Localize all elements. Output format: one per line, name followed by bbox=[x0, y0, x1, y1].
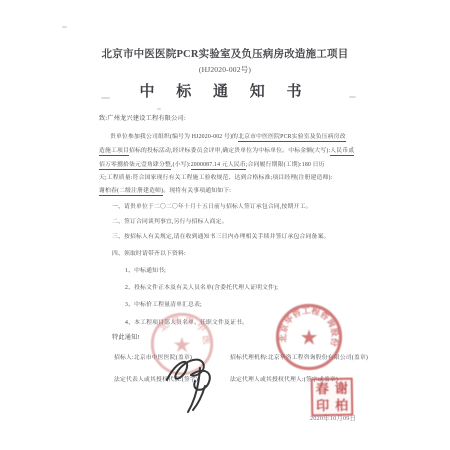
underlined-project-name: 造施工项目 bbox=[99, 148, 129, 156]
scan-speck bbox=[157, 108, 161, 110]
seal-char: 谢 bbox=[332, 380, 351, 397]
notice-item-4: 四、领取时请带齐以下资料: bbox=[112, 248, 186, 257]
body-line: 谢柏春(二级注册建造师)。现将有关事项通知如下: bbox=[99, 185, 371, 194]
personal-square-seal: 春 谢 印 柏 bbox=[311, 378, 354, 417]
project-number: (HJ2020-002号) bbox=[0, 64, 450, 75]
body-line: 造施工项目招标的投标活动,经评标委员会评审,确定贵单位为中标单位。中标金额(大写… bbox=[99, 145, 371, 154]
required-doc-2: 2、投标文件正本及有关人员名单(含委托代理人证明文件); bbox=[125, 282, 278, 291]
document-title: 中 标 通 知 书 bbox=[0, 80, 450, 101]
body-text: ,(小写): bbox=[171, 162, 191, 168]
underlined-amount: 佰万零捌拾柒元壹角肆分整 bbox=[99, 162, 171, 170]
body-text: 贵单位参加我公司组织(编号为 HJ2020-002 号)的 bbox=[110, 134, 238, 140]
handwritten-signature bbox=[160, 350, 222, 414]
underlined-manager-name: 谢柏春(二级注册建造师) bbox=[99, 188, 163, 196]
body-line: 天;工程质量:符合国家现行有关工程施工验收规范、达到合格标准;项目经理(注册建造… bbox=[99, 172, 371, 181]
body-line: 佰万零捌拾柒元壹角肆分整,(小写):2000087.14 元人民币;合同履行期限… bbox=[99, 159, 371, 168]
seal-char: 柏 bbox=[332, 397, 351, 414]
seal-char: 印 bbox=[313, 397, 332, 414]
body-line: 贵单位参加我公司组织(编号为 HJ2020-002 号)的北京市中医医院PCR实… bbox=[99, 131, 371, 140]
scanned-award-notice-document: 北京市中医医院PCR实验室及负压病房改造施工项目 (HJ2020-002号) 中… bbox=[0, 0, 450, 450]
notice-item-2: 二、签订合同谈判事宜,另行与招标人商定。 bbox=[112, 216, 228, 225]
seal-star-icon: ★ bbox=[300, 326, 319, 350]
scan-speck bbox=[62, 26, 67, 28]
underlined-amount: 人民币贰 bbox=[330, 148, 354, 156]
project-title: 北京市中医医院PCR实验室及负压病房改造施工项目 bbox=[0, 46, 450, 61]
salutation-line: 致:广州龙兴建设工程有限公司: bbox=[99, 113, 186, 122]
required-doc-1: 1、中标通知书; bbox=[125, 265, 166, 274]
body-text: 。现将有关事项通知如下: bbox=[163, 188, 231, 194]
seal-char: 春 bbox=[313, 380, 332, 397]
body-text: 招标的投标活动,经评标委员会评审,确定贵单位为中标单位。中标金额(大写): bbox=[129, 148, 330, 154]
closing-phrase: 特此通知! bbox=[112, 332, 140, 341]
notice-item-3: 三、按招标人有关规定,请在收到通知书三日内办理相关手续并签订承包合同备案。 bbox=[112, 231, 330, 240]
notice-item-1: 一、请贵单位于二〇二〇年十月十五日前与招标人签订承包合同,按期开工。 bbox=[112, 201, 312, 210]
agent-round-seal: 北京华咨工程咨询股份有限公司 ★ bbox=[274, 302, 344, 372]
body-text: 天;工程质量:符合国家现行有关工程施工验收规范、达到合格标准;项目经理(注册建造… bbox=[99, 175, 332, 181]
body-text: ;合同履行期限(工期):180 日历 bbox=[246, 162, 325, 168]
underlined-amount-figure: 2000087.14 元人民币 bbox=[191, 162, 246, 170]
required-doc-3: 3、中标价工程量清单汇总表; bbox=[125, 299, 202, 308]
underlined-project-name: 北京市中医医院PCR实验室及负压病房改 bbox=[238, 134, 346, 142]
